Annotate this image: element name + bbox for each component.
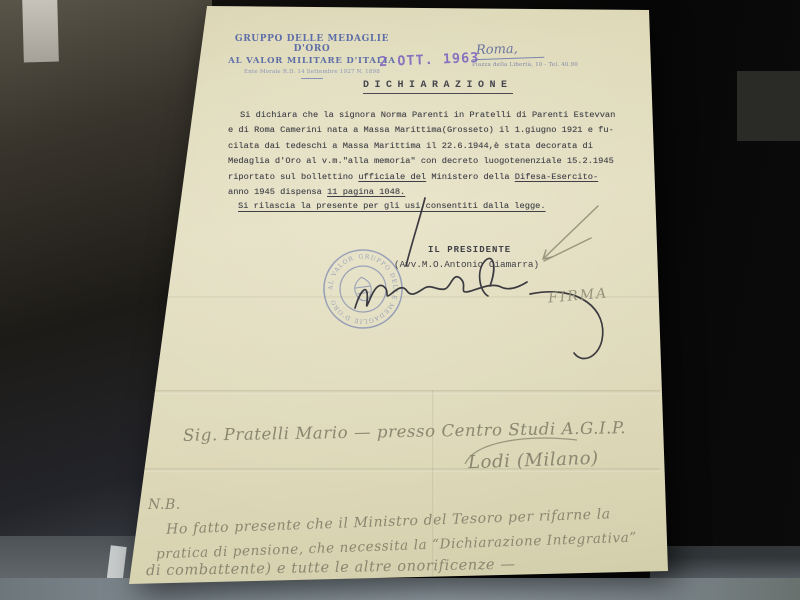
body-text-segment-underlined: ufficiale del: [358, 172, 426, 182]
letterhead-right: Roma, Piazza della Libertà, 10 - Tel. 40…: [472, 40, 602, 68]
body-text-segment: Medaglia d'Oro al v.m."alla memoria" con…: [228, 156, 614, 166]
letterhead-divider-dash: [301, 78, 323, 79]
letterhead: GRUPPO DELLE MEDAGLIE D'ORO AL VALOR MIL…: [228, 34, 396, 79]
body-text-segment: e di Roma Camerini nata a Massa Marittim…: [228, 125, 614, 135]
document-title: DICHIARAZIONE: [363, 80, 513, 94]
letterhead-city-script: Roma,: [472, 41, 544, 60]
date-stamp: 2 OTT. 1963: [379, 50, 480, 70]
letterhead-org-line2: AL VALOR MILITARE D'ITALIA: [228, 56, 396, 66]
body-text-segment: Ministero della: [426, 172, 515, 182]
paper-fold-crease-vertical: [432, 390, 435, 584]
body-text-segment: cilata dai tedeschi a Massa Marittima il…: [228, 141, 593, 151]
body-text-segment-underlined: Difesa-Esercito-: [515, 172, 598, 182]
letterhead-org-line1: GRUPPO DELLE MEDAGLIE D'ORO: [228, 34, 396, 54]
body-line: Medaglia d'Oro al v.m."alla memoria" con…: [228, 154, 628, 169]
handwritten-nb-label: N.B.: [148, 497, 181, 513]
document-paper: GRUPPO DELLE MEDAGLIE D'ORO AL VALOR MIL…: [0, 0, 800, 600]
declaration-paragraph: Si dichiara che la signora Norma Parenti…: [228, 108, 628, 200]
handwritten-signature-strokes: [355, 198, 603, 359]
body-line: riportato sul bollettino ufficiale del M…: [228, 170, 628, 185]
body-text-segment: anno 1945 dispensa: [228, 187, 327, 197]
body-line: Si dichiara che la signora Norma Parenti…: [228, 108, 628, 123]
body-text-segment: riportato sul bollettino: [228, 172, 358, 182]
letterhead-address: Piazza della Libertà, 10 - Tel. 40.90: [472, 62, 602, 68]
signature-ink: [340, 190, 640, 375]
body-line: e di Roma Camerini nata a Massa Marittim…: [228, 123, 628, 138]
photo-of-document: GRUPPO DELLE MEDAGLIE D'ORO AL VALOR MIL…: [0, 0, 800, 600]
pencil-arrow-icon: [543, 206, 598, 261]
paper-fold-crease: [140, 390, 660, 394]
body-text-segment: Si dichiara che la signora Norma Parenti…: [240, 110, 615, 120]
document-paper-wrap: GRUPPO DELLE MEDAGLIE D'ORO AL VALOR MIL…: [0, 0, 800, 600]
letterhead-org-line3: Ente Morale R.D. 14 Settembre 1927 N. 18…: [228, 69, 396, 75]
body-line: cilata dai tedeschi a Massa Marittima il…: [228, 139, 628, 154]
